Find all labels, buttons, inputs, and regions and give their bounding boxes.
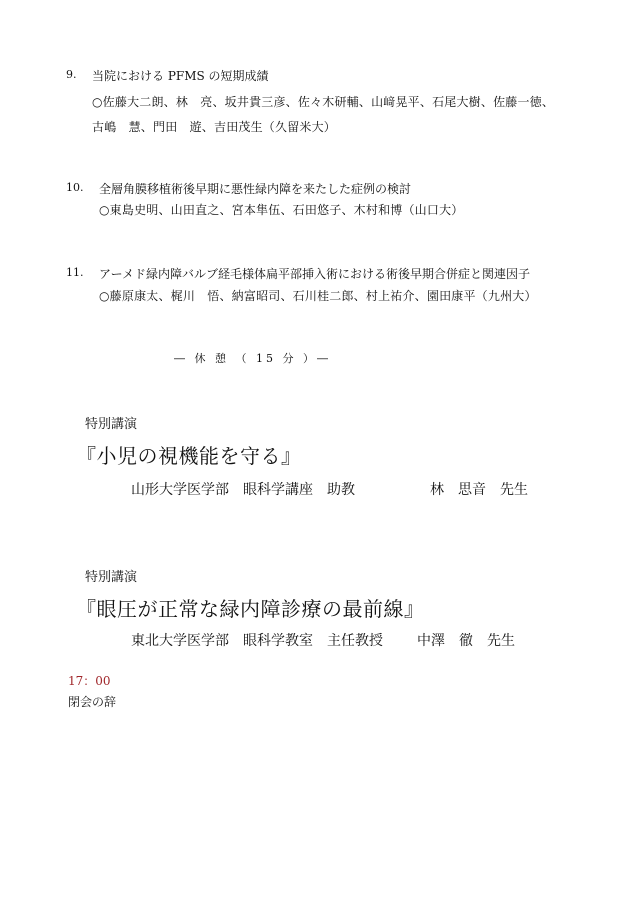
special-lecture-speaker: 中澤 徹 先生 xyxy=(417,630,515,650)
presentation-title: 当院における PFMS の短期成績 xyxy=(92,67,269,84)
presentation-authors: ○藤原康太、梶川 悟、納富昭司、石川桂二郎、村上祐介、園田康平（九州大） xyxy=(99,287,537,304)
special-lecture-title: 『小児の視機能を守る』 xyxy=(76,440,302,469)
special-lecture-affiliation: 東北大学医学部 眼科学教室 主任教授 xyxy=(131,630,383,650)
presentation-title: アーメド緑内障バルブ経毛様体扁平部挿入術における術後早期合併症と関連因子 xyxy=(99,265,530,282)
presentation-authors: ○東島史明、山田直之、宮本隼伍、石田悠子、木村和博（山口大） xyxy=(99,201,463,218)
presentation-authors: ○佐藤大二朗、林 亮、坂井貴三彦、佐々木研輔、山﨑晃平、石尾大樹、佐藤一徳、 xyxy=(92,93,554,110)
special-lecture-affiliation: 山形大学医学部 眼科学講座 助教 xyxy=(131,479,355,499)
special-lecture-label: 特別講演 xyxy=(85,413,137,432)
presentation-number: 9. xyxy=(66,68,77,81)
presentation-authors-continued: 古嶋 慧、門田 遊、吉田茂生（久留米大） xyxy=(92,118,336,135)
closing-remarks-label: 閉会の辞 xyxy=(68,693,116,710)
presentation-number: 10. xyxy=(66,181,84,194)
presentation-number: 11. xyxy=(66,266,84,279)
special-lecture-title: 『眼圧が正常な緑内障診療の最前線』 xyxy=(76,593,425,622)
presentation-title: 全層角膜移植術後早期に悪性緑内障を来たした症例の検討 xyxy=(99,180,411,197)
special-lecture-label: 特別講演 xyxy=(85,566,137,585)
closing-time: 17：00 xyxy=(68,672,111,689)
break-notice: ― 休 憩 （ 15 分 ）― xyxy=(174,350,331,366)
special-lecture-speaker: 林 思音 先生 xyxy=(430,479,528,499)
